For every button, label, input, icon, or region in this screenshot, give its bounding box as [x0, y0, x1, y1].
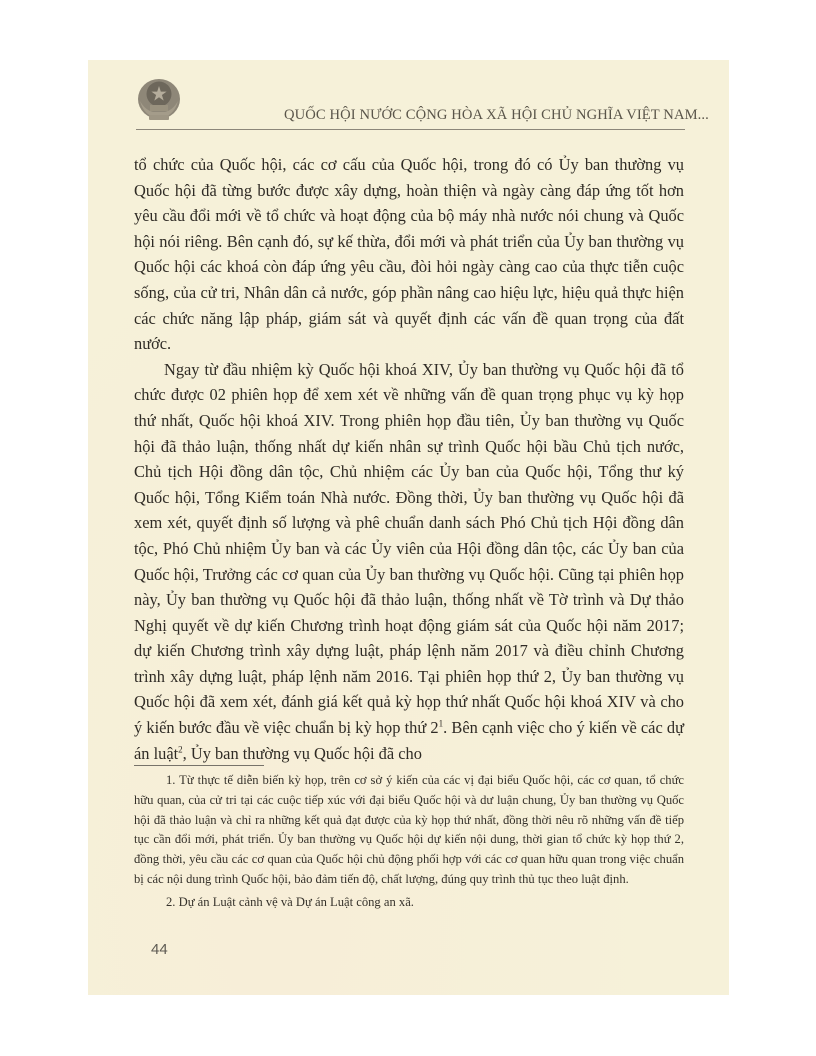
paragraph-2-part-1: Ngay từ đầu nhiệm kỳ Quốc hội khoá XIV, …: [134, 360, 684, 737]
footnotes: 1. Từ thực tế diễn biến kỳ họp, trên cơ …: [134, 771, 684, 913]
footnote-divider: [134, 765, 264, 766]
header-divider: [136, 129, 685, 130]
paragraph-1: tổ chức của Quốc hội, các cơ cấu của Quố…: [134, 152, 684, 357]
running-header-title: QUỐC HỘI NƯỚC CỘNG HÒA XÃ HỘI CHỦ NGHĨA …: [284, 107, 709, 124]
page-number: 44: [151, 941, 168, 958]
footnote-1: 1. Từ thực tế diễn biến kỳ họp, trên cơ …: [134, 771, 684, 890]
book-page: QUỐC HỘI NƯỚC CỘNG HÒA XÃ HỘI CHỦ NGHĨA …: [88, 60, 729, 995]
paragraph-2-part-3: , Ủy ban thường vụ Quốc hội đã cho: [183, 744, 422, 763]
paragraph-2: Ngay từ đầu nhiệm kỳ Quốc hội khoá XIV, …: [134, 357, 684, 767]
national-emblem-icon: [135, 77, 183, 123]
body-text: tổ chức của Quốc hội, các cơ cấu của Quố…: [134, 152, 684, 766]
footnote-2: 2. Dự án Luật cảnh vệ và Dự án Luật công…: [134, 893, 684, 913]
